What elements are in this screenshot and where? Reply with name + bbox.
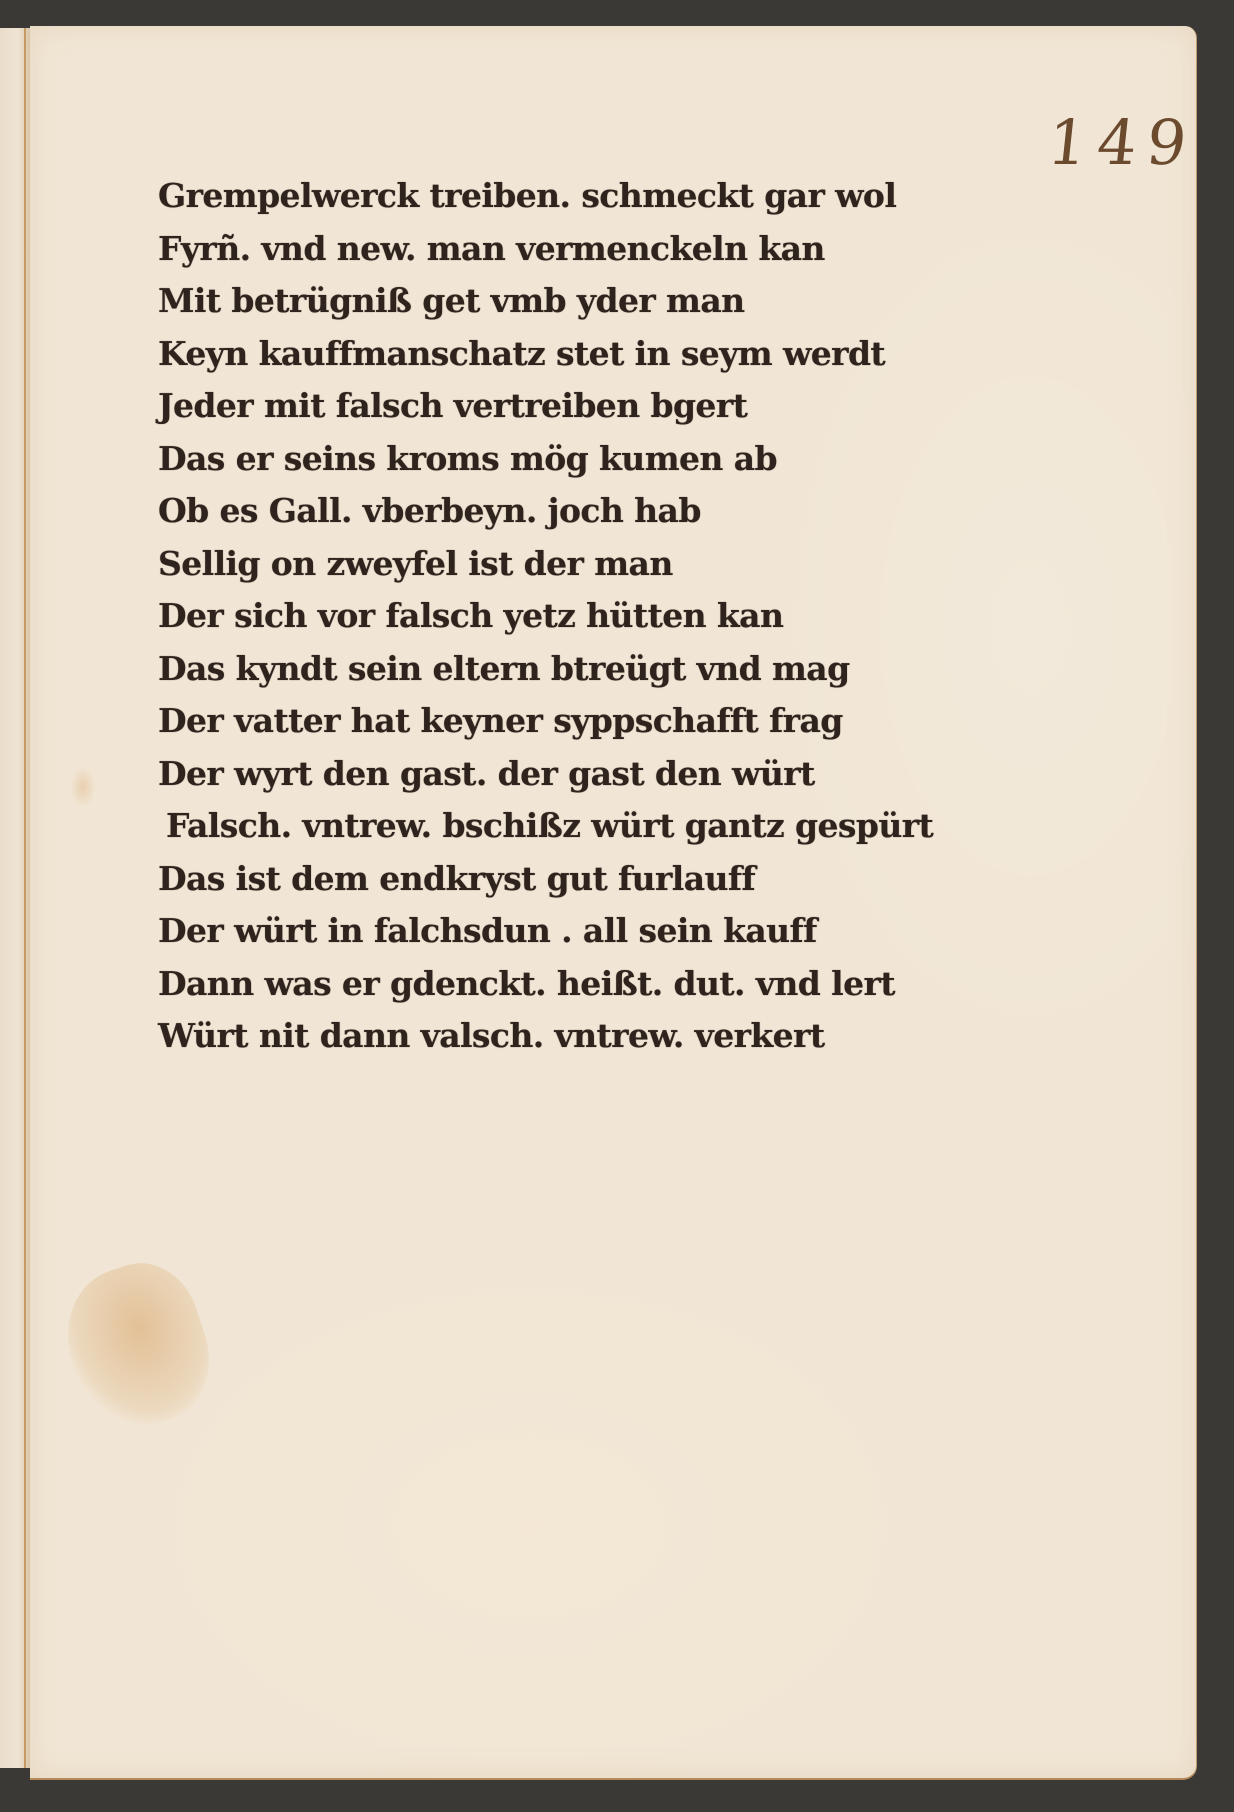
verse-line: Falsch. vntrew. bschißz würt gantz gespü… — [158, 800, 1018, 853]
verse-line: Das ist dem endkryst gut furlauff — [158, 853, 1018, 906]
verse-line: Grempelwerck treiben. schmeckt gar wol — [158, 170, 1018, 223]
verse-line: Jeder mit falsch vertreiben bgert — [158, 380, 1018, 433]
verse-line: Keyn kauffmanschatz stet in seym werdt — [158, 328, 1018, 381]
handwritten-folio-number: 149 — [1045, 112, 1200, 174]
verse-line: Der sich vor falsch yetz hütten kan — [158, 590, 1018, 643]
verse-line: Das kyndt sein eltern btreügt vnd mag — [158, 643, 1018, 696]
verse-line: Das er seins kroms mög kumen ab — [158, 433, 1018, 486]
verse-line: Mit betrügniß get vmb yder man — [158, 275, 1018, 328]
verse-line: Würt nit dann valsch. vntrew. verkert — [158, 1010, 1018, 1063]
verse-line: Der würt in falchsdun . all sein kauff — [158, 905, 1018, 958]
facing-page-edge — [0, 28, 31, 1768]
water-stain — [49, 1249, 227, 1443]
verse-text-block: Grempelwerck treiben. schmeckt gar wol F… — [158, 170, 1018, 1063]
verse-line: Der wyrt den gast. der gast den würt — [158, 748, 1018, 801]
verse-line: Fyrñ. vnd new. man vermenckeln kan — [158, 223, 1018, 276]
verse-line: Der vatter hat keyner syppschafft frag — [158, 695, 1018, 748]
binding-crease — [24, 28, 26, 1768]
small-stain — [70, 766, 96, 808]
verse-line: Dann was er gdenckt. heißt. dut. vnd ler… — [158, 958, 1018, 1011]
verse-line: Ob es Gall. vberbeyn. joch hab — [158, 485, 1018, 538]
verse-line: Sellig on zweyfel ist der man — [158, 538, 1018, 591]
